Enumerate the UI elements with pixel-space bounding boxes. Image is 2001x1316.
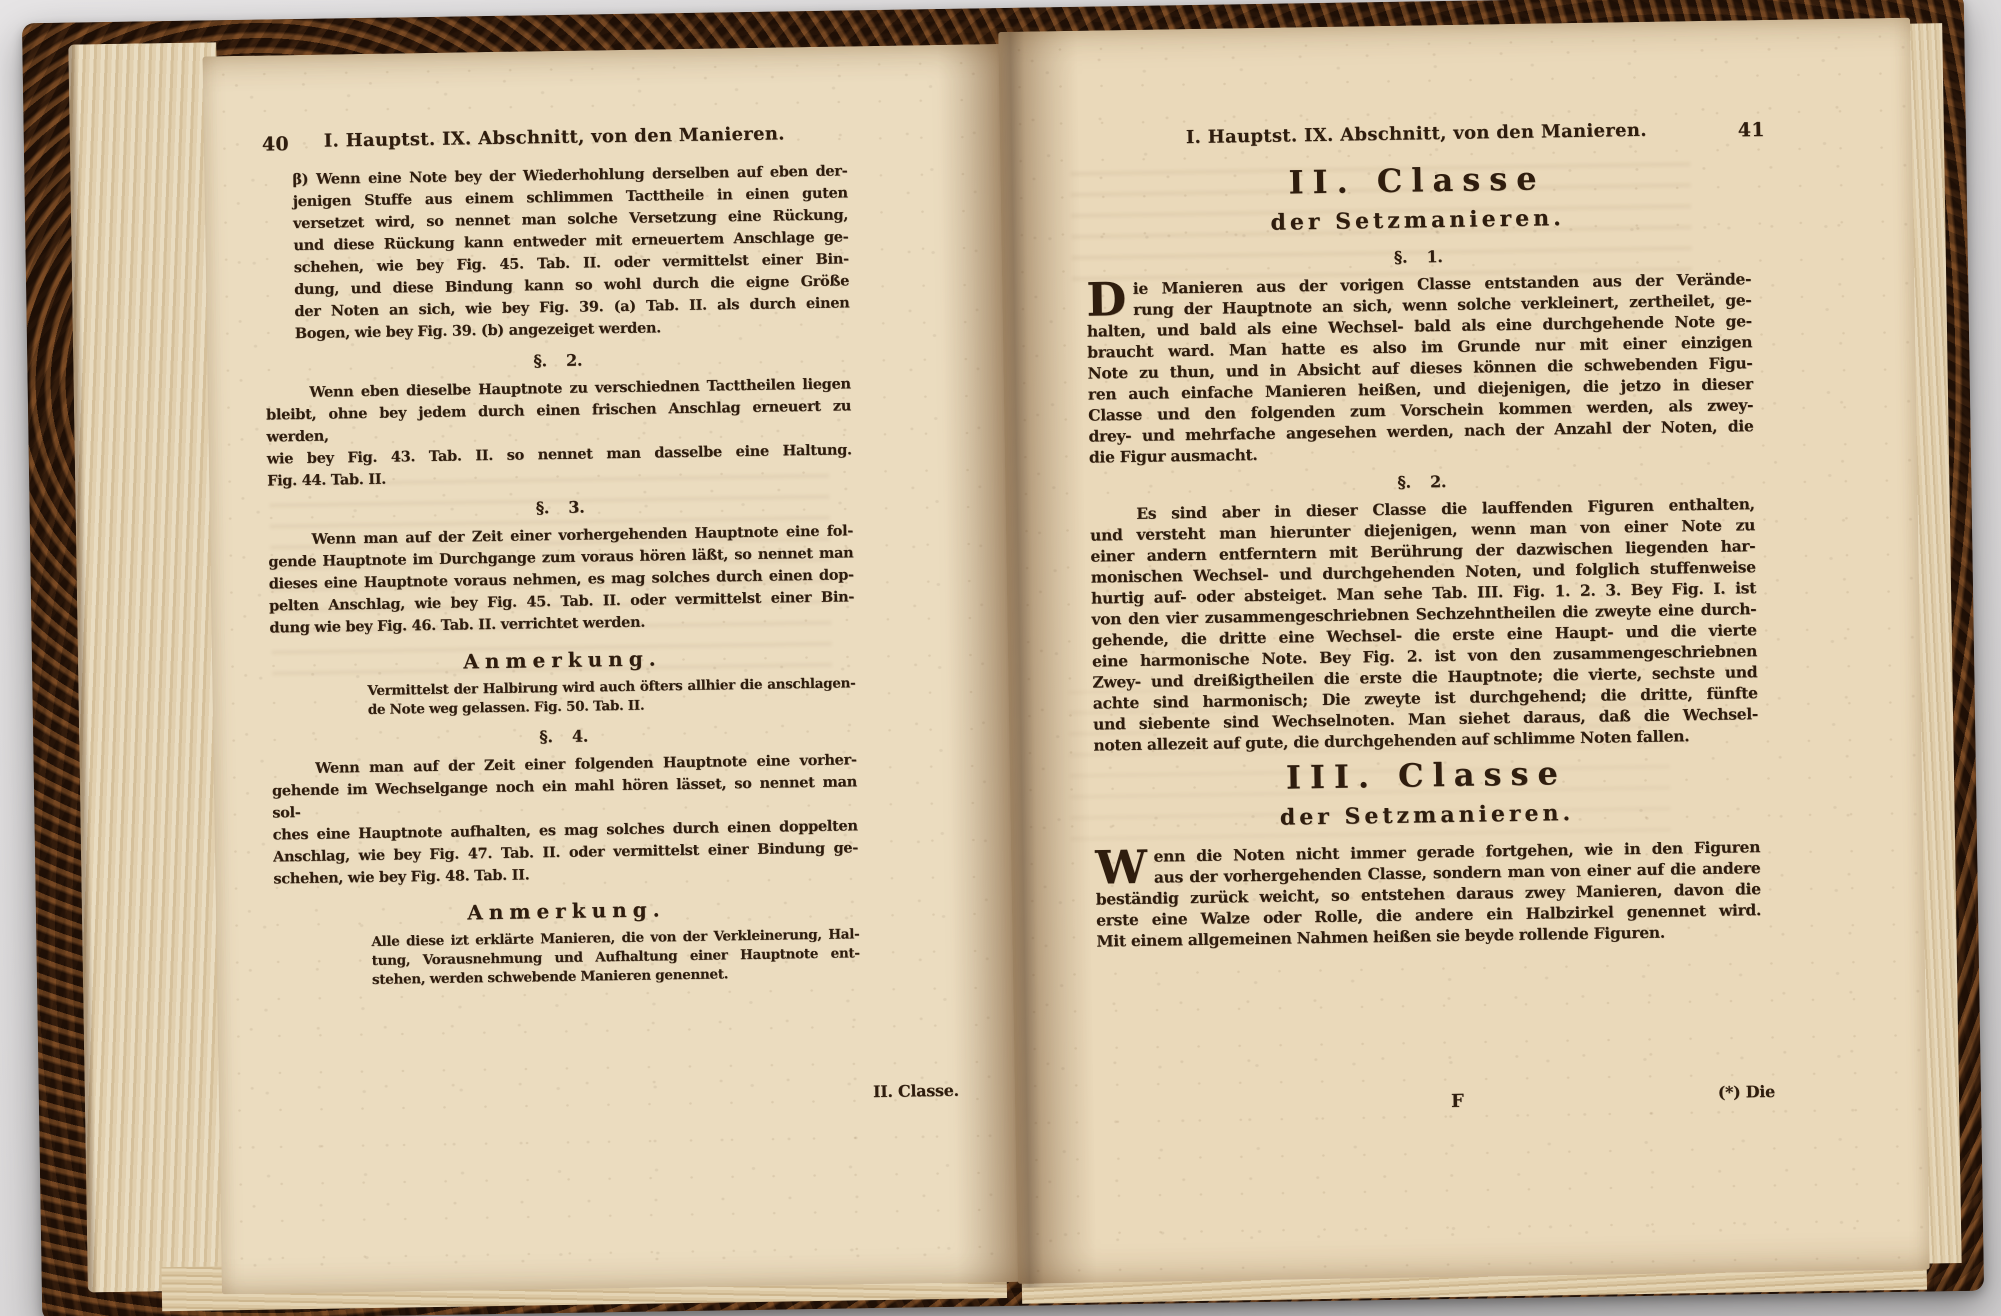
left-text-column: 40 I. Hauptst. IX. Abschnitt, von den Ma… — [262, 122, 861, 996]
drop-cap: W — [1095, 848, 1147, 889]
class-heading: III. Classeder Setzmanieren. — [1094, 750, 1760, 836]
class-heading-line: II. Classe — [1084, 155, 1750, 205]
note-heading: Anmerkung. — [274, 895, 859, 926]
section-mark: §. 2. — [1089, 466, 1754, 497]
paragraph: Vermittelst der Halbirung wird auch öfte… — [367, 674, 856, 720]
section-mark: §. 2. — [265, 345, 850, 376]
note-heading: Anmerkung. — [270, 644, 855, 675]
catchword-right: (*) Die — [1718, 1082, 1775, 1102]
paragraph: Alle diese izt erklärte Manieren, die vo… — [371, 925, 860, 990]
paragraph: Wenn die Noten nicht immer gerade fortge… — [1095, 836, 1762, 951]
class-heading-subline: der Setzmanieren. — [1085, 199, 1750, 241]
left-page: 40 I. Hauptst. IX. Abschnitt, von den Ma… — [202, 44, 1019, 1294]
paragraph: Wenn man auf der Zeit einer folgenden Ha… — [272, 749, 859, 890]
paragraph: β) Wenn eine Note bey der Wiederhohlung … — [292, 160, 850, 345]
signature-mark: F — [1451, 1091, 1464, 1112]
paragraph: Es sind aber in dieser Classe die lauffe… — [1090, 493, 1759, 755]
class-heading: II. Classeder Setzmanieren. — [1084, 155, 1750, 241]
running-header-right: I. Hauptst. IX. Abschnitt, von den Manie… — [1084, 118, 1749, 149]
section-mark: §. 4. — [271, 721, 856, 752]
running-header-text: I. Hauptst. IX. Abschnitt, von den Manie… — [324, 123, 785, 151]
page-number-left: 40 — [262, 133, 289, 155]
class-heading-line: III. Classe — [1094, 750, 1760, 800]
book-photo: 40 I. Hauptst. IX. Abschnitt, von den Ma… — [22, 0, 1984, 1316]
section-mark: §. 1. — [1086, 241, 1751, 272]
photo-backdrop: { "backdrop": { "color": "#dcdadb", "pap… — [0, 0, 2001, 1316]
class-heading-subline: der Setzmanieren. — [1094, 794, 1759, 836]
running-header-text: I. Hauptst. IX. Abschnitt, von den Manie… — [1186, 120, 1647, 148]
paragraph: Wenn man auf der Zeit einer vorhergehend… — [268, 520, 855, 639]
paragraph: Die Manieren aus der vorigen Classe ents… — [1086, 268, 1754, 467]
drop-cap: D — [1086, 280, 1126, 321]
right-page: I. Hauptst. IX. Abschnitt, von den Manie… — [998, 18, 1930, 1284]
running-header-left: 40 I. Hauptst. IX. Abschnitt, von den Ma… — [262, 122, 847, 153]
section-mark: §. 3. — [267, 492, 852, 523]
right-text-column: I. Hauptst. IX. Abschnitt, von den Manie… — [1084, 118, 1762, 956]
paragraph: Wenn eben dieselbe Hauptnote zu verschie… — [266, 373, 853, 492]
page-number-right: 41 — [1738, 120, 1765, 141]
catchword-left: II. Classe. — [873, 1081, 959, 1101]
